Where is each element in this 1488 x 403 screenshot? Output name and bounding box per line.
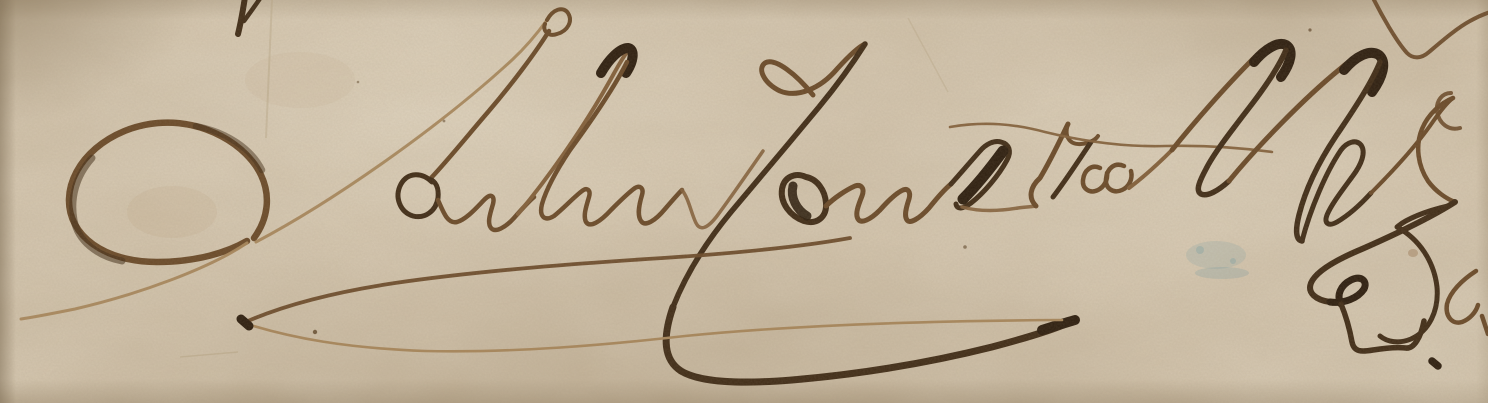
signature-scan: John Constable [0, 0, 1488, 403]
signature-svg [0, 0, 1488, 403]
paper-grain [0, 0, 1488, 403]
